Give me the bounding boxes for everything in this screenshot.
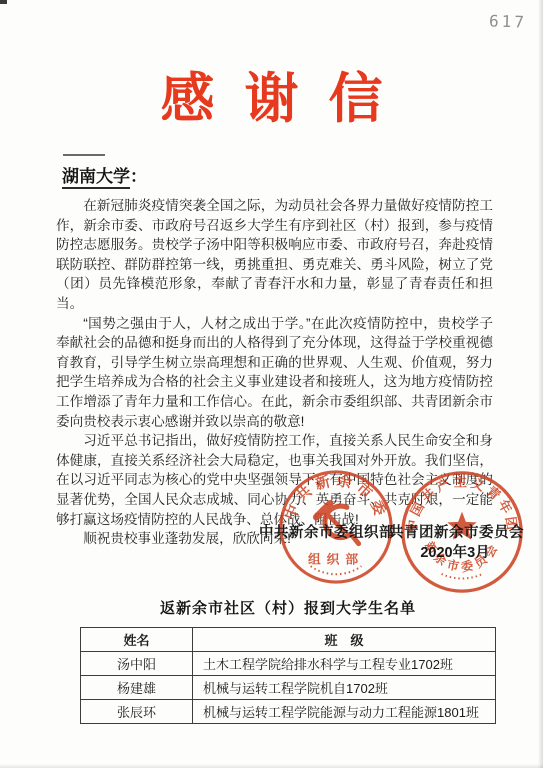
table-row: 汤中阳 土木工程学院给排水科学与工程专业1702班 [81,652,496,676]
seal-serial-dots [311,566,362,574]
table-row: 杨建雄 机械与运转工程学院机自1702班 [81,676,496,700]
seal-serial-dots [442,574,483,579]
letter-body: 在新冠肺炎疫情突袭全国之际，为动员社会各界力量做好疫情防控工作，新余市委、市政府… [56,196,493,549]
table-header-row: 姓名 班 级 [81,628,496,652]
paragraph: “国势之强由于人，人材之成出于学。”在此次疫情防控中，贵校学子奉献社会的品德和挺… [56,314,493,432]
student-class: 机械与运转工程学院机自1702班 [193,676,496,700]
student-class: 机械与运转工程学院能源与动力工程能源1801班 [193,700,496,724]
student-class: 土木工程学院给排水科学与工程专业1702班 [193,652,496,676]
student-name: 杨建雄 [81,676,193,700]
roster-title: 返新余市社区（村）报到大学生名单 [80,597,496,618]
archive-number: 617 [489,11,528,31]
column-header-class: 班 级 [193,628,496,652]
student-name: 汤中阳 [81,652,193,676]
salutation-name: 湖南大学 [62,167,130,189]
student-name: 张辰环 [81,700,193,724]
salutation-colon: ： [130,167,147,186]
letter-title: 感谢信 [0,56,543,133]
party-seal-bottom-text: 组织部 [308,551,364,566]
paragraph: 习近平总书记指出，做好疫情防控工作，直接关系人民生命安全和身体健康，直接关系经济… [56,431,493,529]
scanned-letter-page: 617 感谢信 湖南大学： 在新冠肺炎疫情突袭全国之际，为动员社会各界力量做好疫… [0,0,543,768]
scan-artifact-line [63,154,105,156]
paragraph: 在新冠肺炎疫情突袭全国之际，为动员社会各界力量做好疫情防控工作，新余市委、市政府… [56,196,493,314]
student-roster-table: 姓名 班 级 汤中阳 土木工程学院给排水科学与工程专业1702班 杨建雄 机械与… [80,627,496,724]
paragraph: 顺祝贵校事业蓬勃发展，欣欣向荣! [56,529,493,549]
salutation: 湖南大学： [62,162,147,187]
scan-artifact-corner [0,0,7,4]
table-row: 张辰环 机械与运转工程学院能源与动力工程能源1801班 [81,700,496,724]
column-header-name: 姓名 [81,628,193,652]
